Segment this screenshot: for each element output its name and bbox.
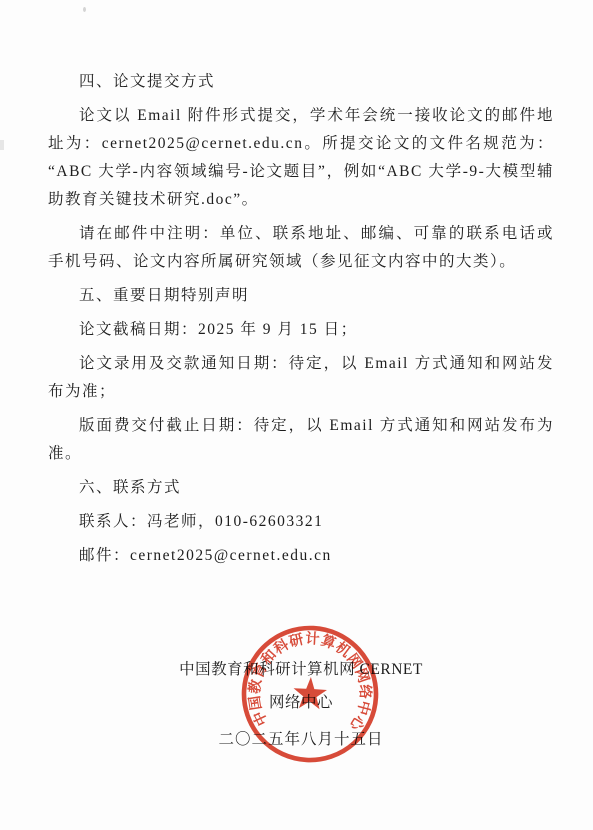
- paragraph-acceptance-notice: 论文录用及交款通知日期：待定，以 Email 方式通知和网站发布为准；: [48, 350, 554, 406]
- paragraph-email-note: 请在邮件中注明：单位、联系地址、邮编、可靠的联系电话或手机号码、论文内容所属研究…: [48, 220, 554, 276]
- paragraph-contact-person: 联系人：冯老师，010-62603321: [48, 508, 554, 536]
- document-body: 四、论文提交方式 论文以 Email 附件形式提交，学术年会统一接收论文的邮件地…: [48, 68, 554, 576]
- official-seal-stamp: 中国教育和科研计算机网网络中心: [229, 613, 391, 775]
- document-page: 四、论文提交方式 论文以 Email 附件形式提交，学术年会统一接收论文的邮件地…: [0, 0, 593, 830]
- section-heading-dates: 五、重要日期特别声明: [48, 282, 554, 310]
- scan-artifact-smudge: [0, 140, 4, 150]
- stamp-star-icon: [293, 676, 328, 709]
- section-heading-contact: 六、联系方式: [48, 474, 554, 502]
- scan-artifact-speck: [83, 7, 86, 12]
- paragraph-deadline: 论文截稿日期：2025 年 9 月 15 日；: [48, 316, 554, 344]
- paragraph-page-fee: 版面费交付截止日期：待定，以 Email 方式通知和网站发布为准。: [48, 412, 554, 468]
- paragraph-submission-method: 论文以 Email 附件形式提交，学术年会统一接收论文的邮件地址为：cernet…: [48, 102, 554, 214]
- paragraph-contact-email: 邮件：cernet2025@cernet.edu.cn: [48, 542, 554, 570]
- section-heading-submission: 四、论文提交方式: [48, 68, 554, 96]
